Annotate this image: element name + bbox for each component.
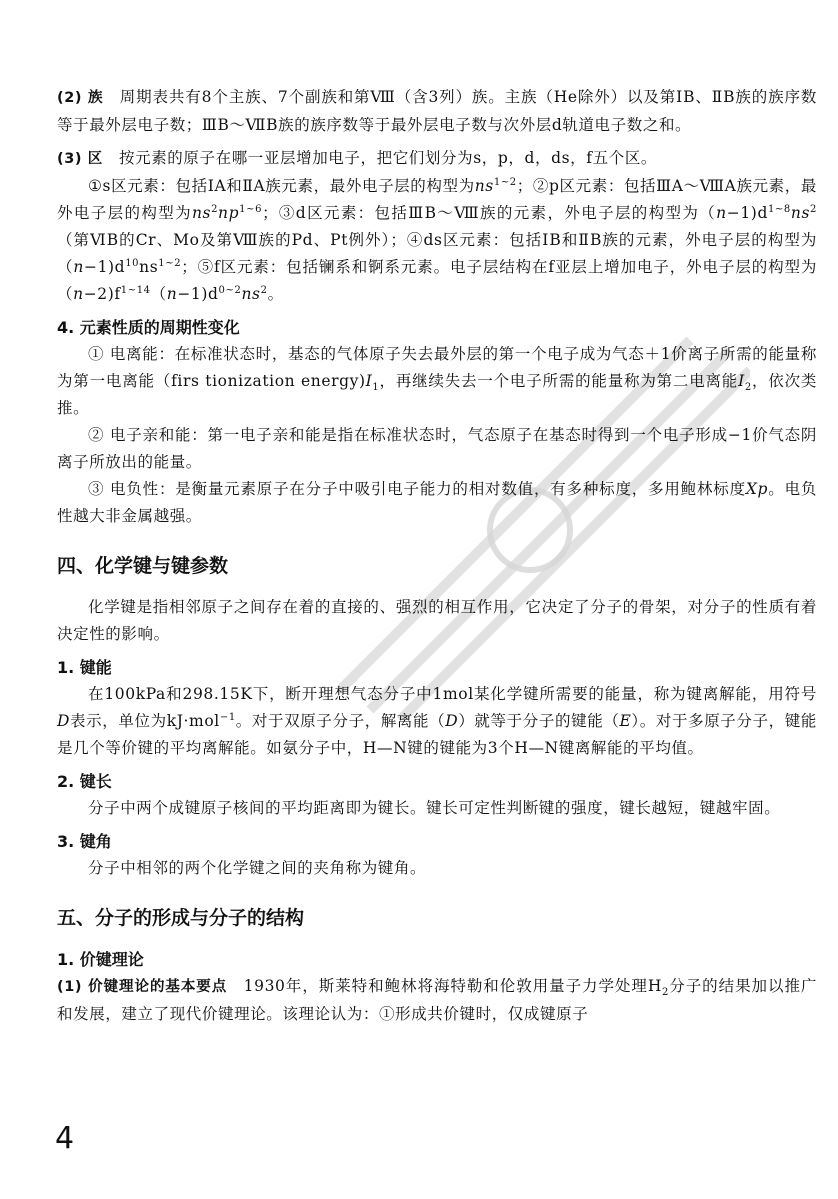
paragraph-electronegativity: ③ 电负性：是衡量元素原子在分子中吸引电子能力的相对数值，有多种标度，多用鲍林标…	[57, 476, 817, 530]
label-groups: (2) 族	[57, 90, 103, 106]
label-blocks: (3) 区	[57, 151, 103, 167]
label-vbt-basics: (1) 价键理论的基本要点	[57, 979, 227, 995]
heading-chemical-bond-parameters: 四、化学键与键参数	[57, 552, 817, 580]
paragraph-chemical-bond-definition: 化学键是指相邻原子之间存在着的直接的、强烈的相互作用，它决定了分子的骨架，对分子…	[57, 594, 817, 648]
heading-molecular-structure: 五、分子的形成与分子的结构	[57, 904, 817, 932]
paragraph-ionization-energy: ① 电离能：在标准状态时，基态的气体原子失去最外层的第一个电子成为气态＋1价离子…	[57, 341, 817, 422]
heading-valence-bond-theory: 1. 价键理论	[57, 946, 817, 973]
heading-bond-angle: 3. 键角	[57, 828, 817, 855]
paragraph-bond-energy: 在100kPa和298.15K下，断开理想气态分子中1mol某化学键所需要的能量…	[57, 681, 817, 762]
paragraph-vbt-basics: (1) 价键理论的基本要点 1930年，斯莱特和鲍林将海特勒和伦敦用量子力学处理…	[57, 973, 817, 1028]
paragraph-block-types: ①s区元素：包括ⅠA和ⅡA族元素，最外电子层的构型为ns1~2；②p区元素：包括…	[57, 173, 817, 308]
paragraph-bond-angle: 分子中相邻的两个化学键之间的夹角称为键角。	[57, 855, 817, 882]
heading-bond-energy: 1. 键能	[57, 654, 817, 681]
page-number: 4	[55, 1121, 74, 1156]
heading-bond-length: 2. 键长	[57, 768, 817, 795]
paragraph-bond-length: 分子中两个成键原子核间的平均距离即为键长。键长可定性判断键的强度，键长越短，键越…	[57, 795, 817, 822]
paragraph-groups: (2) 族 周期表共有8个主族、7个副族和第Ⅷ（含3列）族。主族（He除外）以及…	[57, 84, 817, 139]
paragraph-electron-affinity: ② 电子亲和能：第一电子亲和能是指在标准状态时，气态原子在基态时得到一个电子形成…	[57, 422, 817, 476]
paragraph-blocks: (3) 区 按元素的原子在哪一亚层增加电子，把它们划分为s，p，d，ds，f五个…	[57, 145, 817, 173]
document-page: (2) 族 周期表共有8个主族、7个副族和第Ⅷ（含3列）族。主族（He除外）以及…	[57, 84, 817, 1028]
heading-periodic-properties: 4. 元素性质的周期性变化	[57, 314, 817, 341]
